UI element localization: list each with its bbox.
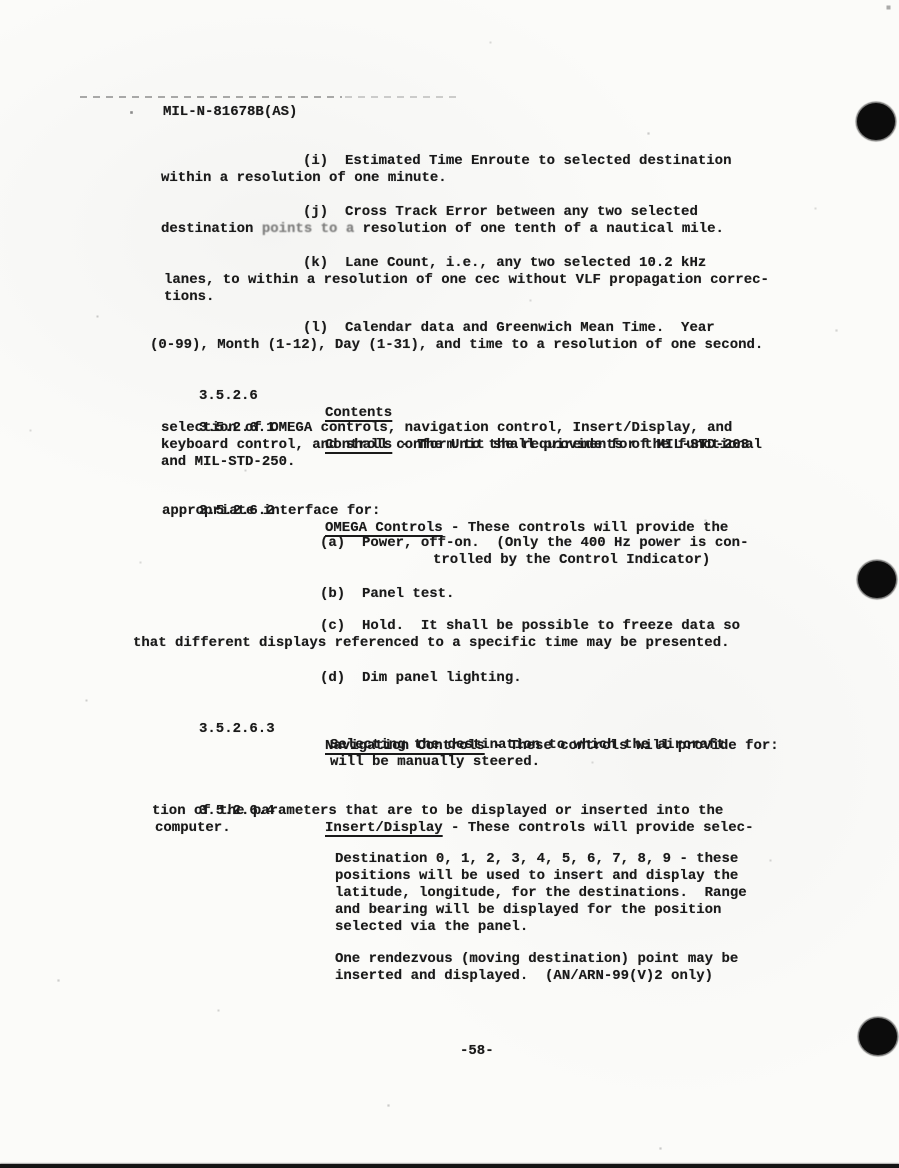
section-controls-line-3: keyboard control, and shall conform to t… <box>161 437 749 454</box>
section-heading-omega-controls: 3.5.2.6.2 OMEGA Controls - These control… <box>0 486 899 503</box>
section-title-insert-display: Insert/Display <box>325 820 443 836</box>
section-number-navigation-controls: 3.5.2.6.3 <box>199 721 275 738</box>
section-omega-line-2: appropriate interface for: <box>162 503 380 520</box>
destinations-block-line-1: Destination 0, 1, 2, 3, 4, 5, 6, 7, 8, 9… <box>335 851 738 868</box>
omega-item-a-line-2: trolled by the Control Indicator) <box>433 552 710 569</box>
punch-hole-mark-bottom <box>859 1018 897 1055</box>
section-insert-line-3: computer. <box>155 820 231 837</box>
item-j-line-2-smudged: points to a <box>262 221 363 237</box>
scan-bottom-edge <box>0 1164 899 1168</box>
section-insert-line-2: tion of the parameters that are to be di… <box>152 803 723 820</box>
omega-item-b: (b) Panel test. <box>320 586 454 603</box>
scan-noise <box>0 0 1 1</box>
item-i-line-2: within a resolution of one minute. <box>161 170 447 187</box>
punch-hole-mark-top <box>857 103 895 140</box>
destinations-block-line-2: positions will be used to insert and dis… <box>335 868 738 885</box>
item-k-line-1: (k) Lane Count, i.e., any two selected 1… <box>303 255 706 272</box>
omega-item-d: (d) Dim panel lighting. <box>320 670 522 687</box>
item-l-line-2: (0-99), Month (1-12), Day (1-31), and ti… <box>150 337 763 354</box>
omega-item-a-line-1: (a) Power, off-on. (Only the 400 Hz powe… <box>320 535 748 552</box>
rendezvous-block-line-2: inserted and displayed. (AN/ARN-99(V)2 o… <box>335 968 713 985</box>
section-title-omega-controls: OMEGA Controls <box>325 520 443 536</box>
section-controls-line-4: and MIL-STD-250. <box>161 454 295 471</box>
document-page: MIL-N-81678B(AS) (i) Estimated Time Enro… <box>0 0 899 1168</box>
destinations-block-line-3: latitude, longitude, for the destination… <box>335 885 747 902</box>
destinations-block-line-5: selected via the panel. <box>335 919 528 936</box>
section-heading-controls: 3.5.2.6.1 Controls - The Unit shall prov… <box>0 403 899 420</box>
rendezvous-block-line-1: One rendezvous (moving destination) poin… <box>335 951 738 968</box>
navigation-block-line-1: Selecting the destination to which the a… <box>330 737 725 754</box>
punch-hole-mark-middle <box>858 561 896 598</box>
omega-item-c-line-2: that different displays referenced to a … <box>133 635 730 652</box>
section-omega-intro: - These controls will provide the <box>443 520 729 536</box>
item-j-line-2-end: resolution of one tenth of a nautical mi… <box>363 221 724 237</box>
item-j-line-2-start: destination <box>161 221 262 237</box>
scan-smudge-line-faint <box>345 96 457 98</box>
section-heading-insert-display: 3.5.2.6.4 Insert/Display - These control… <box>0 786 899 803</box>
destinations-block-line-4: and bearing will be displayed for the po… <box>335 902 721 919</box>
item-i-line-1: (i) Estimated Time Enroute to selected d… <box>303 153 731 170</box>
document-id: MIL-N-81678B(AS) <box>163 104 297 121</box>
item-k-line-3: tions. <box>164 289 214 306</box>
item-k-line-2: lanes, to within a resolution of one cec… <box>164 272 769 289</box>
section-controls-line-2: selection of OMEGA controls, navigation … <box>161 420 732 437</box>
item-j-line-1: (j) Cross Track Error between any two se… <box>303 204 698 221</box>
omega-item-c-line-1: (c) Hold. It shall be possible to freeze… <box>320 618 740 635</box>
scan-smudge-line <box>80 96 342 98</box>
item-j-line-2: destination points to a resolution of on… <box>161 221 724 238</box>
section-heading-contents: 3.5.2.6 Contents <box>0 371 899 388</box>
item-l-line-1: (l) Calendar data and Greenwich Mean Tim… <box>303 320 715 337</box>
page-number: -58- <box>460 1043 494 1060</box>
navigation-block-line-2: will be manually steered. <box>330 754 540 771</box>
section-heading-navigation-controls: 3.5.2.6.3 Navigation Controls - These co… <box>0 704 899 721</box>
section-insert-intro: - These controls will provide selec- <box>443 820 754 836</box>
